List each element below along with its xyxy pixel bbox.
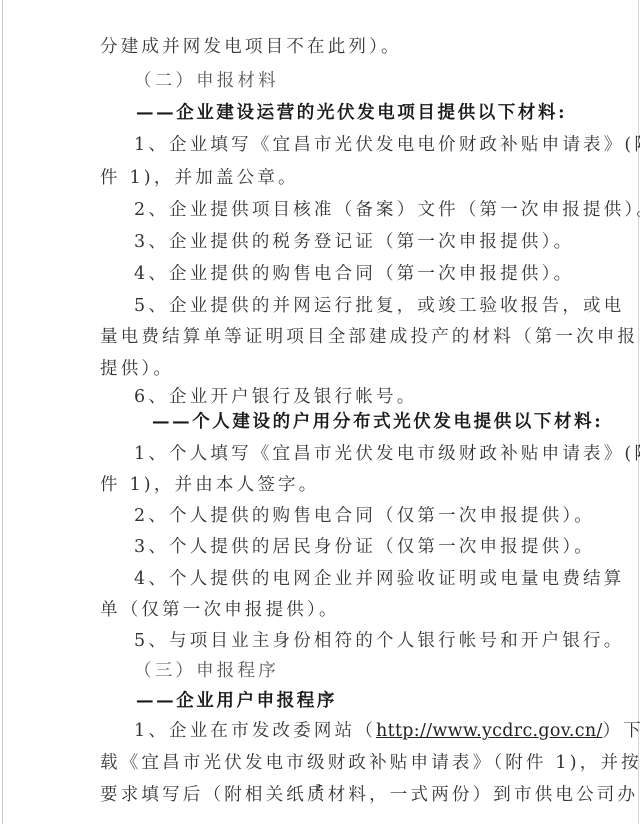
list-item-enterprise-1-cont: 件 1)，并加盖公章。 (100, 167, 299, 189)
list-item-individual-1: 1、个人填写《宜昌市光伏发电市级财政补贴申请表》(附 (134, 443, 640, 465)
subheading-individual-materials: ——个人建设的户用分布式光伏发电提供以下材料: (152, 411, 603, 433)
section-heading-application-procedure: （三）申报程序 (134, 660, 279, 682)
website-link[interactable]: http://www.ycdrc.gov.cn/ (376, 721, 603, 741)
document-page: 分建成并网发电项目不在此列）。 （二）申报材料 ——企业建设运营的光伏发电项目提… (2, 0, 639, 824)
list-item-enterprise-2: 2、企业提供项目核准（备案）文件（第一次申报提供）。 (134, 199, 640, 221)
paragraph-line-continuation: 分建成并网发电项目不在此列）。 (100, 36, 402, 58)
procedure-step-1-prefix: 1、企业在市发改委网站（ (134, 721, 376, 741)
list-item-individual-4: 4、个人提供的电网企业并网验收证明或电量电费结算 (134, 568, 624, 590)
subheading-enterprise-materials: ——企业建设运营的光伏发电项目提供以下材料: (136, 102, 567, 124)
list-item-individual-2: 2、个人提供的购售电合同（仅第一次申报提供）。 (134, 505, 595, 527)
page-number: 2 (316, 783, 321, 794)
list-item-individual-3: 3、个人提供的居民身份证（仅第一次申报提供）。 (134, 536, 595, 558)
procedure-step-1-cont2: 要求填写后（附相关纸质材料，一式两份）到市供电公司办 (100, 784, 638, 806)
list-item-enterprise-5-cont: 量电费结算单等证明项目全部建成投产的材料（第一次申报 (100, 326, 638, 348)
list-item-enterprise-3: 3、企业提供的税务登记证（第一次申报提供）。 (134, 231, 574, 253)
list-item-enterprise-6: 6、企业开户银行及银行帐号。 (134, 386, 417, 408)
list-item-enterprise-1: 1、企业填写《宜昌市光伏发电电价财政补贴申请表》(附 (134, 134, 640, 156)
list-item-individual-5: 5、与项目业主身份相符的个人银行帐号和开户银行。 (134, 630, 624, 652)
list-item-enterprise-5-cont2: 提供）。 (100, 358, 174, 380)
subheading-enterprise-procedure: ——企业用户申报程序 (136, 690, 337, 712)
list-item-enterprise-4: 4、企业提供的购售电合同（第一次申报提供）。 (134, 263, 574, 285)
procedure-step-1-suffix: ）下 (603, 721, 640, 741)
section-heading-application-materials: （二）申报材料 (134, 70, 279, 92)
list-item-individual-4-cont: 单（仅第一次申报提供）。 (100, 599, 340, 621)
list-item-individual-1-cont: 件 1)，并由本人签字。 (100, 474, 319, 496)
procedure-step-1: 1、企业在市发改委网站（http://www.ycdrc.gov.cn/）下 (134, 720, 640, 742)
procedure-step-1-cont: 载《宜昌市光伏发电市级财政补贴申请表》（附件 1)，并按 (100, 752, 640, 774)
list-item-enterprise-5: 5、企业提供的并网运行批复，或竣工验收报告，或电 (134, 295, 624, 317)
